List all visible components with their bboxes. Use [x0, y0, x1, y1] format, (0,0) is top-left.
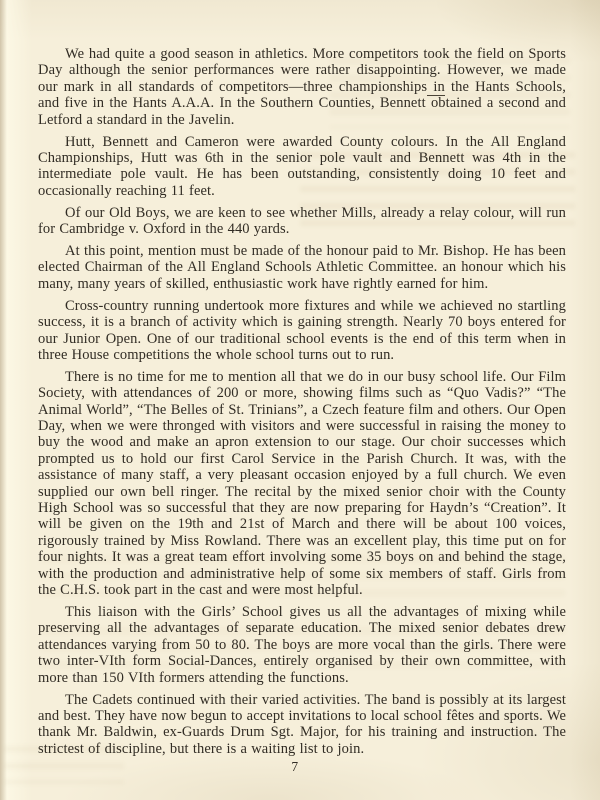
paragraph-school-life: There is no time for me to mention all t…: [38, 369, 566, 599]
page-text: We had quite a good season in athletics.…: [38, 46, 566, 763]
paragraph-mr-bishop-honour: At this point, mention must be made of t…: [38, 243, 566, 292]
paragraph-girls-school-liaison: This liaison with the Girls’ School give…: [38, 604, 566, 686]
scanned-page: We had quite a good season in athletics.…: [0, 0, 600, 800]
paragraph-cadets: The Cadets continued with their varied a…: [38, 692, 566, 758]
paragraph-old-boys: Of our Old Boys, we are keen to see whet…: [38, 205, 566, 238]
page-number: 7: [0, 759, 590, 775]
paragraph-county-colours: Hutt, Bennett and Cameron were awarded C…: [38, 134, 566, 200]
pen-underline-mark: in: [427, 79, 445, 96]
paragraph-athletics-season: We had quite a good season in athletics.…: [38, 46, 566, 128]
paragraph-cross-country: Cross-country running undertook more fix…: [38, 298, 566, 364]
